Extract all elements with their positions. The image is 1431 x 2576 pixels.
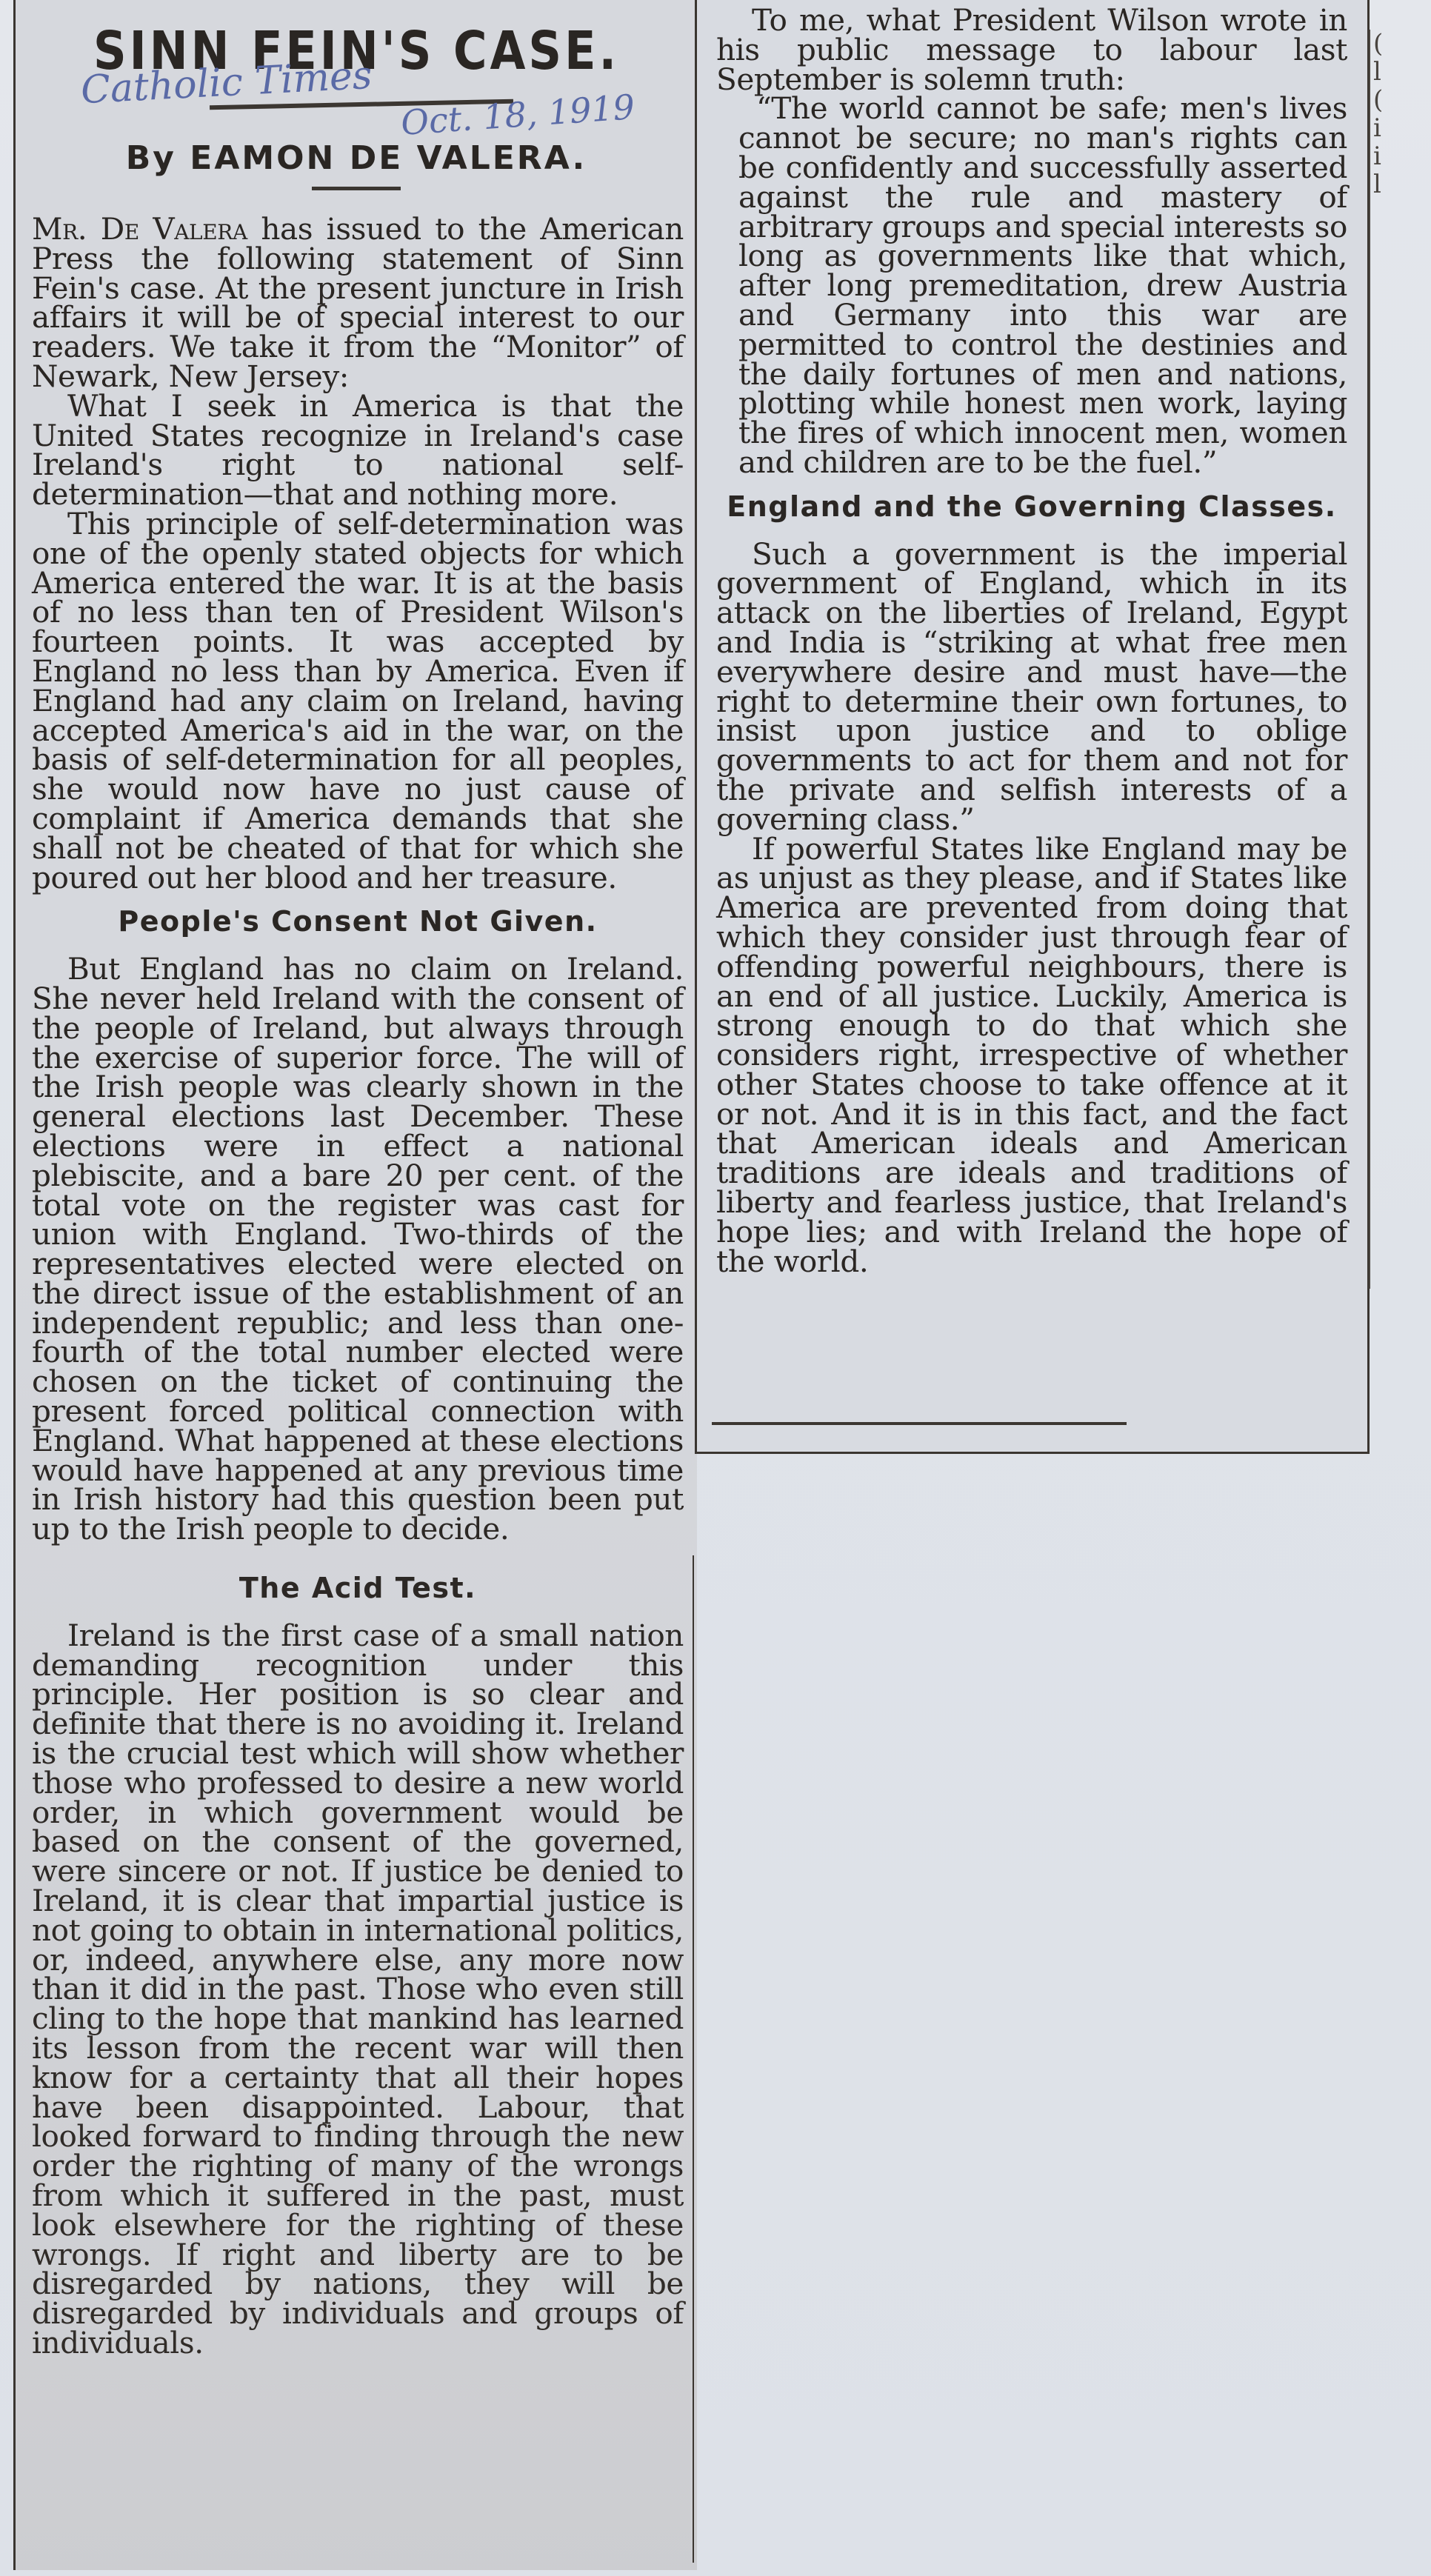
paragraph: If powerful States like England may be a…	[716, 835, 1347, 1277]
paragraph: Such a government is the imperial govern…	[716, 540, 1347, 835]
subhead-governing-classes: England and the Governing Classes.	[716, 493, 1347, 522]
paragraph: But England has no claim on Ireland. She…	[32, 955, 684, 1544]
fragment-char: l	[1370, 170, 1400, 198]
clipping-right-column: To me, what President Wilson wrote in hi…	[695, 0, 1370, 1454]
paragraph: This principle of self-determination was…	[32, 510, 684, 892]
fragment-char: (	[1370, 86, 1400, 114]
fragment-char: i	[1370, 142, 1400, 170]
right-column-body: To me, what President Wilson wrote in hi…	[716, 6, 1347, 1276]
fragment-char: l	[1370, 58, 1400, 86]
subhead-acid-test: The Acid Test.	[32, 1574, 684, 1604]
fragment-char: (	[1370, 30, 1400, 58]
wilson-quote: “The world cannot be safe; men's lives c…	[716, 94, 1347, 477]
adjacent-column-fragment: ( l ( i i l	[1369, 30, 1400, 1289]
end-rule	[712, 1422, 1127, 1425]
paragraph: Ireland is the first case of a small nat…	[32, 1621, 684, 2358]
intro-paragraph: Mr. De Valera has issued to the American…	[32, 215, 684, 392]
byline-rule	[312, 187, 401, 190]
byline: By EAMON DE VALERA.	[16, 139, 697, 177]
clipping-left-column: SINN FEIN'S CASE. Catholic Times Oct. 18…	[13, 0, 697, 2570]
subhead-peoples-consent: People's Consent Not Given.	[32, 907, 684, 937]
column-divider	[693, 1555, 701, 2563]
handwritten-date-note: Oct. 18, 1919	[400, 87, 636, 143]
left-column-body: Mr. De Valera has issued to the American…	[32, 215, 684, 2358]
paragraph: What I seek in America is that the Unite…	[32, 392, 684, 510]
paragraph-wilson: To me, what President Wilson wrote in hi…	[716, 6, 1347, 94]
fragment-char: i	[1370, 114, 1400, 142]
